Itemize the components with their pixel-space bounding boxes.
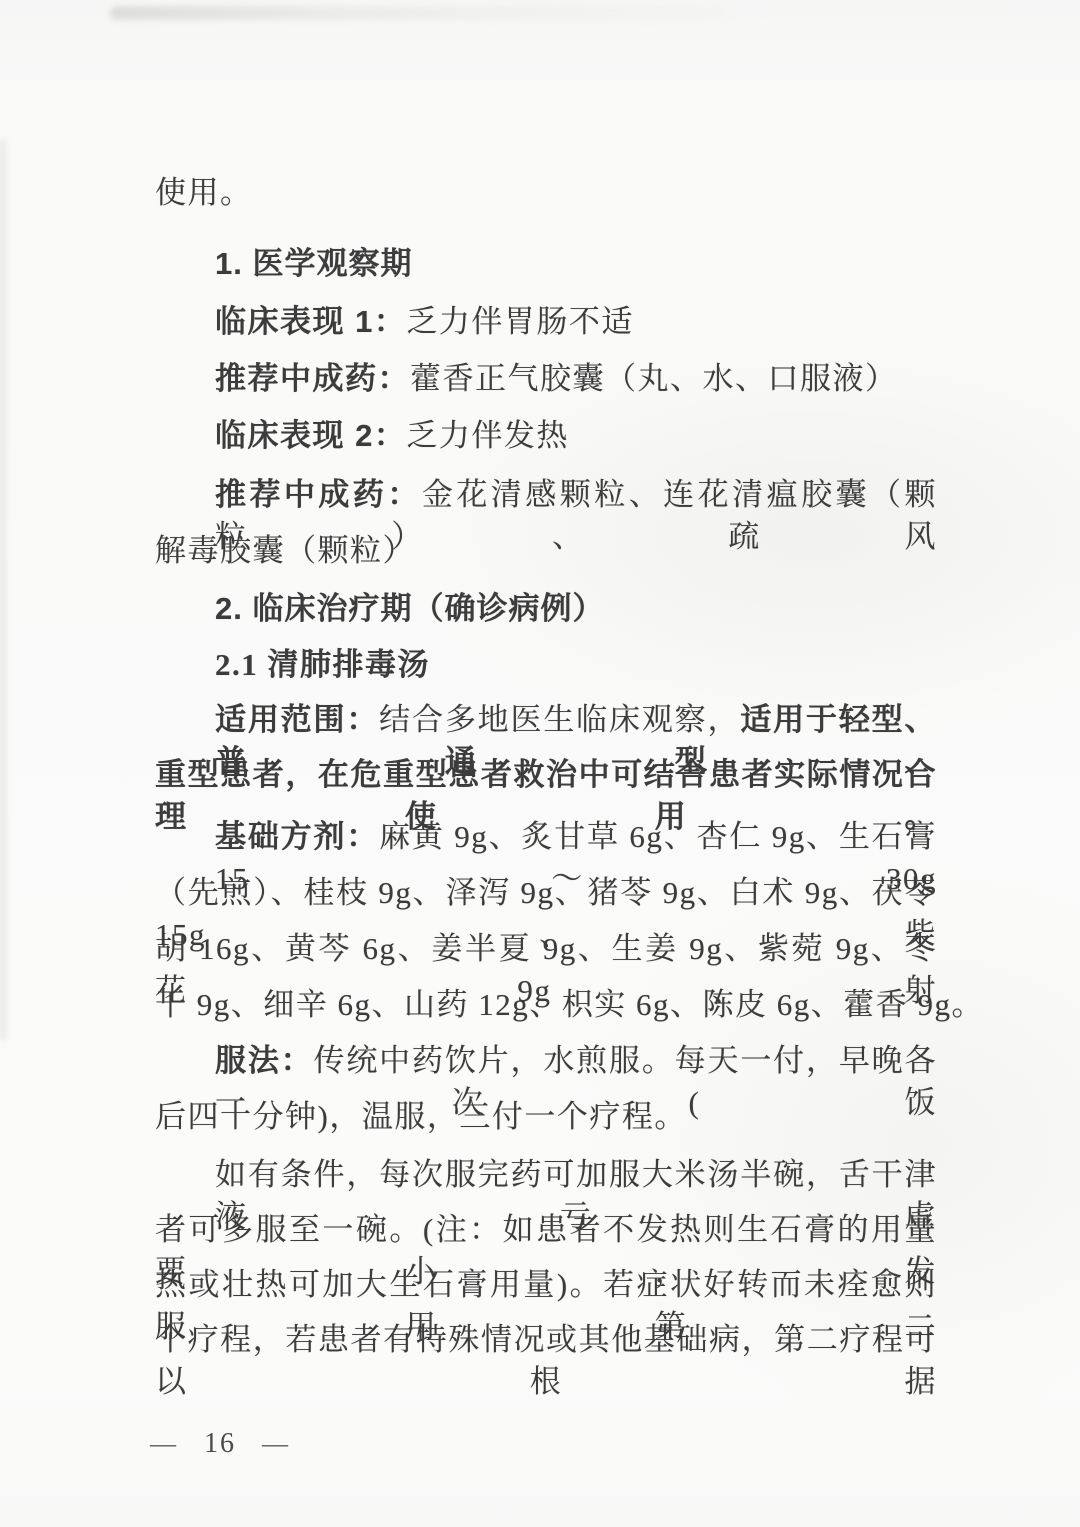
recommended-medicine-1: 推荐中成药：藿香正气胶囊（丸、水、口服液） (215, 358, 937, 400)
usage-line2: 后四十分钟)，温服，三付一个疗程。 (155, 1096, 937, 1138)
page-number: 16 (204, 1428, 236, 1460)
note-line4: 个疗程，若患者有特殊情况或其他基础病，第二疗程可以根据 (155, 1319, 937, 1403)
scan-smudge-artifact (110, 6, 730, 20)
clinical-manifestation-1: 临床表现 1：乏力伴胃肠不适 (215, 301, 937, 343)
section-1-heading: 1. 医学观察期 (215, 243, 937, 285)
recommended-medicine-2-line2: 解毒胶囊（颗粒） (155, 530, 937, 572)
footer-dash-right: — (262, 1429, 290, 1459)
footer-dash-left: — (150, 1429, 178, 1459)
rec-1-text: 藿香正气胶囊（丸、水、口服液） (410, 361, 898, 396)
clinical-2-text: 乏力伴发热 (406, 418, 569, 453)
clinical-1-text: 乏力伴胃肠不适 (406, 304, 634, 339)
usage-label: 服法： (215, 1043, 314, 1078)
document-page: 使用。 1. 医学观察期 临床表现 1：乏力伴胃肠不适 推荐中成药：藿香正气胶囊… (0, 0, 1080, 1527)
rec-1-label: 推荐中成药： (215, 361, 410, 396)
formula-label: 基础方剂： (215, 819, 379, 854)
scan-edge-artifact (0, 140, 6, 1040)
clinical-1-label: 临床表现 1： (215, 304, 406, 339)
body-text: 使用。 (155, 175, 253, 210)
rec-2-label: 推荐中成药： (215, 477, 422, 512)
scope-label: 适用范围： (215, 702, 379, 737)
clinical-manifestation-2: 临床表现 2：乏力伴发热 (215, 415, 937, 457)
section-2-heading: 2. 临床治疗期（确诊病例） (215, 588, 937, 630)
clinical-2-label: 临床表现 2： (215, 418, 406, 453)
page-footer: — 16 — (150, 1428, 290, 1460)
scope-regular-text: 结合多地医生临床观察， (379, 702, 740, 737)
paragraph-continuation: 使用。 (155, 172, 937, 214)
formula-line4: 干 9g、细辛 6g、山药 12g、枳实 6g、陈皮 6g、藿香 9g。 (155, 984, 937, 1026)
section-2-1-heading: 2.1 清肺排毒汤 (215, 644, 937, 686)
